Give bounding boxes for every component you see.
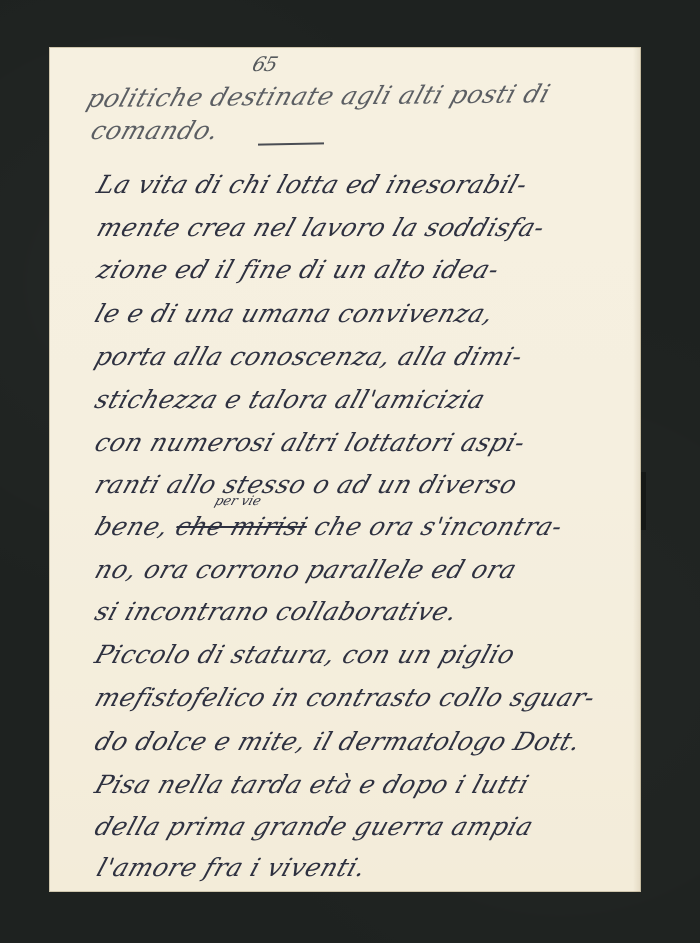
manuscript-line-5: zione ed il fine di un alto idea- xyxy=(93,255,503,284)
manuscript-line-14: Piccolo di statura, con un piglio xyxy=(91,640,519,669)
manuscript-line-2: comando. xyxy=(87,116,223,145)
manuscript-line-1: politiche destinate agli alti posti di xyxy=(83,79,554,113)
manuscript-line-4: mente crea nel lavoro la soddisfa- xyxy=(93,213,548,242)
sheet-edge-shadow xyxy=(633,47,641,892)
line-11-start: bene, xyxy=(91,512,173,541)
manuscript-line-13: si incontrano collaborative. xyxy=(91,597,461,626)
line-11-end: che ora s'incontra- xyxy=(311,512,567,541)
manuscript-line-7: porta alla conoscenza, alla dimi- xyxy=(91,342,526,371)
manuscript-line-17: Pisa nella tarda età e dopo i lutti xyxy=(91,770,533,799)
manuscript-line-15: mefistofelico in contrasto collo sguar- xyxy=(91,683,599,712)
manuscript-line-10: ranti allo stesso o ad un diverso xyxy=(91,470,521,499)
manuscript-line-19: l'amore fra i viventi. xyxy=(93,853,370,882)
manuscript-line-11: bene, che mirisi che ora s'incontra- xyxy=(91,512,566,541)
manuscript-line-3: La vita di chi lotta ed inesorabil- xyxy=(93,170,531,199)
manuscript-line-9: con numerosi altri lottatori aspi- xyxy=(91,428,529,457)
interlinear-insertion: per vie xyxy=(213,494,263,509)
manuscript-line-8: stichezza e talora all'amicizia xyxy=(91,385,489,414)
manuscript-line-18: della prima grande guerra ampia xyxy=(91,812,537,841)
manuscript-line-6: le e di una umana convivenza, xyxy=(91,299,497,328)
manuscript-line-16: do dolce e mite, il dermatologo Dott. xyxy=(91,727,584,756)
struck-through-word: che mirisi xyxy=(172,512,312,541)
manuscript-line-12: no, ora corrono parallele ed ora xyxy=(91,555,520,584)
